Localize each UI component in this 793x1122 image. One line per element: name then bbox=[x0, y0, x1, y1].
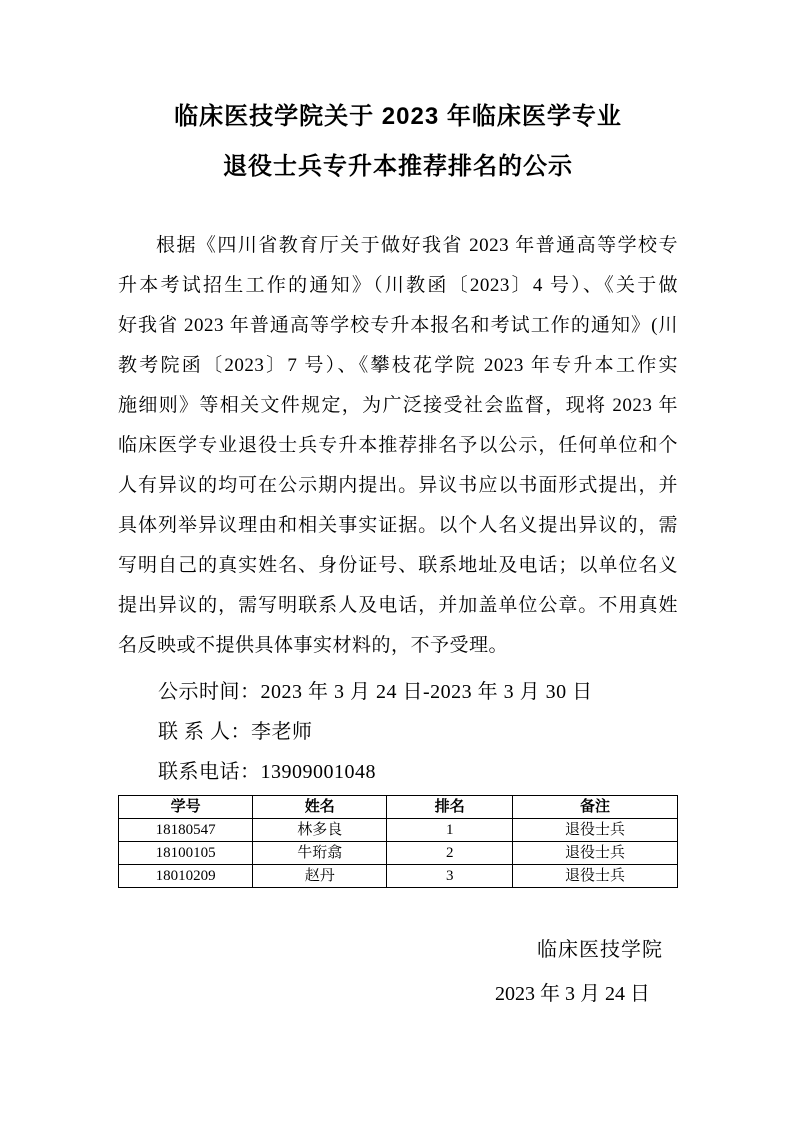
contact-phone-line: 联系电话：13909001048 bbox=[118, 752, 678, 792]
table-row: 18100105 牛珩翕 2 退役士兵 bbox=[119, 842, 678, 865]
cell-remark: 退役士兵 bbox=[513, 842, 678, 865]
table-row: 18010209 赵丹 3 退役士兵 bbox=[119, 865, 678, 888]
signature-organization: 临床医技学院 bbox=[118, 928, 678, 972]
body-line: 好我省 2023 年普通高等学校专升本报名和考试工作的通知》(川 bbox=[118, 306, 678, 346]
body-line: 根据《四川省教育厅关于做好我省 2023 年普通高等学校专 bbox=[118, 226, 678, 266]
body-line: 临床医学专业退役士兵专升本推荐排名予以公示，任何单位和个 bbox=[118, 426, 678, 466]
table-header-row: 学号 姓名 排名 备注 bbox=[119, 796, 678, 819]
title-line-1: 临床医技学院关于 2023 年临床医学专业 bbox=[118, 92, 678, 142]
header-cell-student-id: 学号 bbox=[119, 796, 253, 819]
body-line: 教考院函〔2023〕7 号）、《攀枝花学院 2023 年专升本工作实 bbox=[118, 346, 678, 386]
signature-block: 临床医技学院 2023 年 3 月 24 日 bbox=[118, 928, 678, 1016]
signature-date: 2023 年 3 月 24 日 bbox=[118, 972, 678, 1016]
ranking-table: 学号 姓名 排名 备注 18180547 林多良 1 退役士兵 18100105… bbox=[118, 795, 678, 888]
cell-rank: 1 bbox=[387, 819, 513, 842]
body-line: 提出异议的，需写明联系人及电话，并加盖单位公章。不用真姓 bbox=[118, 586, 678, 626]
publicity-time-line: 公示时间：2023 年 3 月 24 日-2023 年 3 月 30 日 bbox=[118, 672, 678, 712]
header-cell-name: 姓名 bbox=[253, 796, 387, 819]
cell-student-id: 18010209 bbox=[119, 865, 253, 888]
body-line: 施细则》等相关文件规定，为广泛接受社会监督，现将 2023 年 bbox=[118, 386, 678, 426]
cell-name: 赵丹 bbox=[253, 865, 387, 888]
table-row: 18180547 林多良 1 退役士兵 bbox=[119, 819, 678, 842]
cell-remark: 退役士兵 bbox=[513, 819, 678, 842]
cell-student-id: 18180547 bbox=[119, 819, 253, 842]
cell-rank: 3 bbox=[387, 865, 513, 888]
body-line: 升本考试招生工作的通知》（川教函〔2023〕4 号）、《关于做 bbox=[118, 266, 678, 306]
body-line: 人有异议的均可在公示期内提出。异议书应以书面形式提出，并 bbox=[118, 466, 678, 506]
contact-person-line: 联 系 人：李老师 bbox=[118, 712, 678, 752]
cell-student-id: 18100105 bbox=[119, 842, 253, 865]
header-cell-rank: 排名 bbox=[387, 796, 513, 819]
cell-name: 林多良 bbox=[253, 819, 387, 842]
cell-name: 牛珩翕 bbox=[253, 842, 387, 865]
body-line: 具体列举异议理由和相关事实证据。以个人名义提出异议的，需 bbox=[118, 506, 678, 546]
body-line: 写明自己的真实姓名、身份证号、联系地址及电话；以单位名义 bbox=[118, 546, 678, 586]
title-line-2: 退役士兵专升本推荐排名的公示 bbox=[118, 142, 678, 192]
announcement-page: 临床医技学院关于 2023 年临床医学专业 退役士兵专升本推荐排名的公示 根据《… bbox=[0, 0, 793, 1122]
body-paragraph: 根据《四川省教育厅关于做好我省 2023 年普通高等学校专 升本考试招生工作的通… bbox=[118, 226, 678, 666]
document-title: 临床医技学院关于 2023 年临床医学专业 退役士兵专升本推荐排名的公示 bbox=[118, 92, 678, 192]
body-line: 名反映或不提供具体事实材料的，不予受理。 bbox=[118, 626, 678, 666]
contact-info: 公示时间：2023 年 3 月 24 日-2023 年 3 月 30 日 联 系… bbox=[118, 672, 678, 792]
cell-remark: 退役士兵 bbox=[513, 865, 678, 888]
cell-rank: 2 bbox=[387, 842, 513, 865]
header-cell-remark: 备注 bbox=[513, 796, 678, 819]
